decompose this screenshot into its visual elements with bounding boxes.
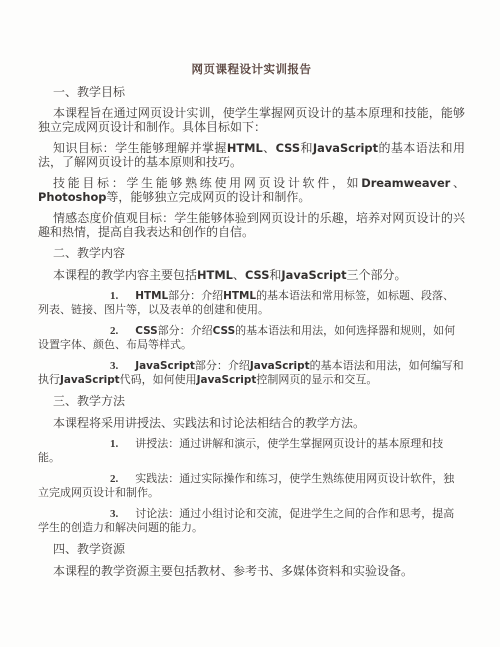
text-run: 部分：介绍	[168, 290, 223, 302]
item-number: 2.	[110, 473, 118, 485]
bold-text-run: HTML	[227, 141, 263, 155]
paragraph: 技能目标：学生能够熟练使用网页设计软件，如Dreamweaver、Photosh…	[38, 177, 465, 204]
text-run: 和	[300, 141, 313, 155]
text-run: 二、教学内容	[53, 246, 125, 260]
numbered-item: 3.讨论法：通过小组讨论和交流，促进学生之间的合作和思考，提高学生的创造力和解决…	[38, 508, 465, 535]
text-run: 的基本语法和用法，如何选择器和规则，如何设置字体、颜色、布局等样式。	[38, 325, 455, 351]
text-run: 讲授法：通过讲解和演示，使学生掌握网页设计的基本原理和技能。	[38, 438, 443, 464]
text-run: 知识目标：学生能够理解并掌握	[53, 141, 227, 155]
paragraph: 本课程的教学内容主要包括HTML、CSS和JavaScript三个部分。	[38, 269, 465, 283]
numbered-item: 2.CSS部分：介绍CSS的基本语法和用法，如何选择器和规则，如何设置字体、颜色…	[38, 325, 465, 352]
text-run: 本课程将采用讲授法、实践法和讨论法相结合的教学方法。	[53, 416, 365, 430]
bold-text-run: CSS	[135, 325, 157, 337]
text-run: 本课程旨在通过网页设计实训，使学生掌握网页设计的基本原理和技能，能够独立完成网页…	[38, 106, 465, 134]
text-run: 本课程的教学内容主要包括	[53, 268, 197, 282]
paragraph: 知识目标：学生能够理解并掌握HTML、CSS和JavaScript的基本语法和用…	[38, 142, 465, 169]
document-body: 一、教学目标本课程旨在通过网页设计实训，使学生掌握网页设计的基本原理和技能，能够…	[38, 86, 465, 579]
text-run: 部分：介绍	[195, 360, 250, 372]
item-number: 3.	[110, 508, 118, 520]
bold-text-run: HTML	[223, 290, 256, 302]
paragraph: 情感态度价值观目标：学生能够体验到网页设计的乐趣，培养对网页设计的兴趣和热情，提…	[38, 212, 465, 239]
paragraph: 本课程的教学资源主要包括教材、参考书、多媒体资料和实验设备。	[38, 565, 465, 579]
text-run: 代码，如何使用	[120, 374, 197, 386]
text-run: 情感态度价值观目标：学生能够体验到网页设计的乐趣，培养对网页设计的兴趣和热情，提…	[38, 211, 465, 239]
numbered-item: 1.讲授法：通过讲解和演示，使学生掌握网页设计的基本原理和技能。	[38, 438, 465, 465]
text-run: 四、教学资源	[53, 542, 125, 556]
text-run: 三、教学方法	[53, 394, 125, 408]
section-heading: 二、教学内容	[38, 247, 465, 261]
bold-text-run: HTML	[197, 268, 233, 282]
text-run: 技能目标：学生能够熟练使用网页设计软件，如	[53, 176, 361, 190]
section-heading: 三、教学方法	[38, 395, 465, 409]
text-run: 一、教学目标	[53, 85, 125, 99]
text-run: 、	[450, 176, 465, 190]
bold-text-run: JavaScript	[135, 360, 195, 372]
bold-text-run: CSS	[276, 141, 300, 155]
text-run: 实践法：通过实际操作和练习，使学生熟练使用网页设计软件，独立完成网页设计和制作。	[38, 473, 454, 499]
bold-text-run: JavaScript	[281, 268, 346, 282]
bold-text-run: Dreamweaver	[361, 176, 450, 190]
item-number: 1.	[110, 438, 118, 450]
text-run: 、	[263, 141, 276, 155]
bold-text-run: JavaScript	[197, 374, 257, 386]
text-run: 等，能够独立完成网页的设计和制作。	[106, 190, 310, 204]
item-number: 1.	[110, 290, 118, 302]
bold-text-run: CSS	[245, 268, 269, 282]
section-heading: 四、教学资源	[38, 543, 465, 557]
numbered-item: 3.JavaScript部分：介绍JavaScript的基本语法和用法，如何编写…	[38, 360, 465, 387]
numbered-item: 1.HTML部分：介绍HTML的基本语法和常用标签，如标题、段落、列表、链接、图…	[38, 290, 465, 317]
section-heading: 一、教学目标	[38, 86, 465, 100]
text-run: 本课程的教学资源主要包括教材、参考书、多媒体资料和实验设备。	[53, 564, 413, 578]
item-number: 3.	[110, 360, 118, 372]
bold-text-run: JavaScript	[60, 374, 120, 386]
item-number: 2.	[110, 325, 118, 337]
text-run: 和	[269, 268, 281, 282]
paragraph: 本课程将采用讲授法、实践法和讨论法相结合的教学方法。	[38, 417, 465, 431]
bold-text-run: Photoshop	[38, 190, 106, 204]
document-title: 网页课程设计实训报告	[38, 64, 465, 78]
paragraph: 本课程旨在通过网页设计实训，使学生掌握网页设计的基本原理和技能，能够独立完成网页…	[38, 107, 465, 134]
text-run: 部分：介绍	[158, 325, 213, 337]
bold-text-run: HTML	[135, 290, 168, 302]
bold-text-run: JavaScript	[250, 360, 310, 372]
text-run: 控制网页的显示和交互。	[256, 374, 377, 386]
numbered-item: 2.实践法：通过实际操作和练习，使学生熟练使用网页设计软件，独立完成网页设计和制…	[38, 473, 465, 500]
text-run: 、	[233, 268, 245, 282]
bold-text-run: JavaScript	[313, 141, 378, 155]
bold-text-run: CSS	[213, 325, 235, 337]
document-page: 网页课程设计实训报告 一、教学目标本课程旨在通过网页设计实训，使学生掌握网页设计…	[0, 0, 500, 647]
text-run: 三个部分。	[347, 268, 407, 282]
text-run: 讨论法：通过小组讨论和交流，促进学生之间的合作和思考，提高学生的创造力和解决问题…	[38, 508, 454, 534]
